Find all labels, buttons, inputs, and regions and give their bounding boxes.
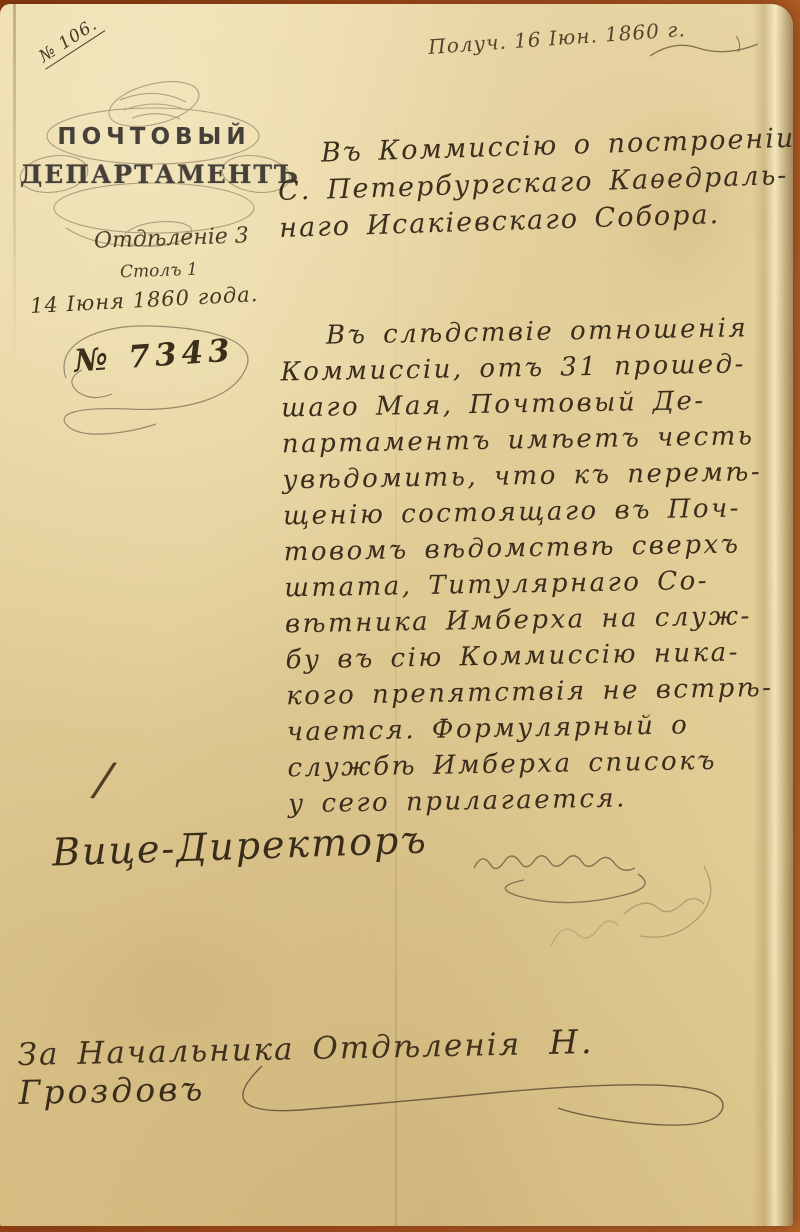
photo-root: { "document": { "corner_number": "№ 106.… xyxy=(0,0,800,1232)
letterhead-title-line1: ПОЧТОВЫЙ xyxy=(20,124,288,150)
received-note-flourish xyxy=(648,34,768,68)
letter-body: Въ слѣдствіе отношенія Коммиссіи, отъ 31… xyxy=(280,310,795,823)
addressee-block: Въ Коммиссію о построеніи С. Петербургск… xyxy=(276,120,787,247)
closing-flourish xyxy=(150,1058,750,1138)
page-fold-left xyxy=(13,4,16,364)
pencil-scribble-small xyxy=(545,912,635,962)
desk-line: Столъ 1 xyxy=(120,260,198,283)
letterhead-title-line2: ДЕПАРТАМЕНТЪ xyxy=(20,160,288,189)
